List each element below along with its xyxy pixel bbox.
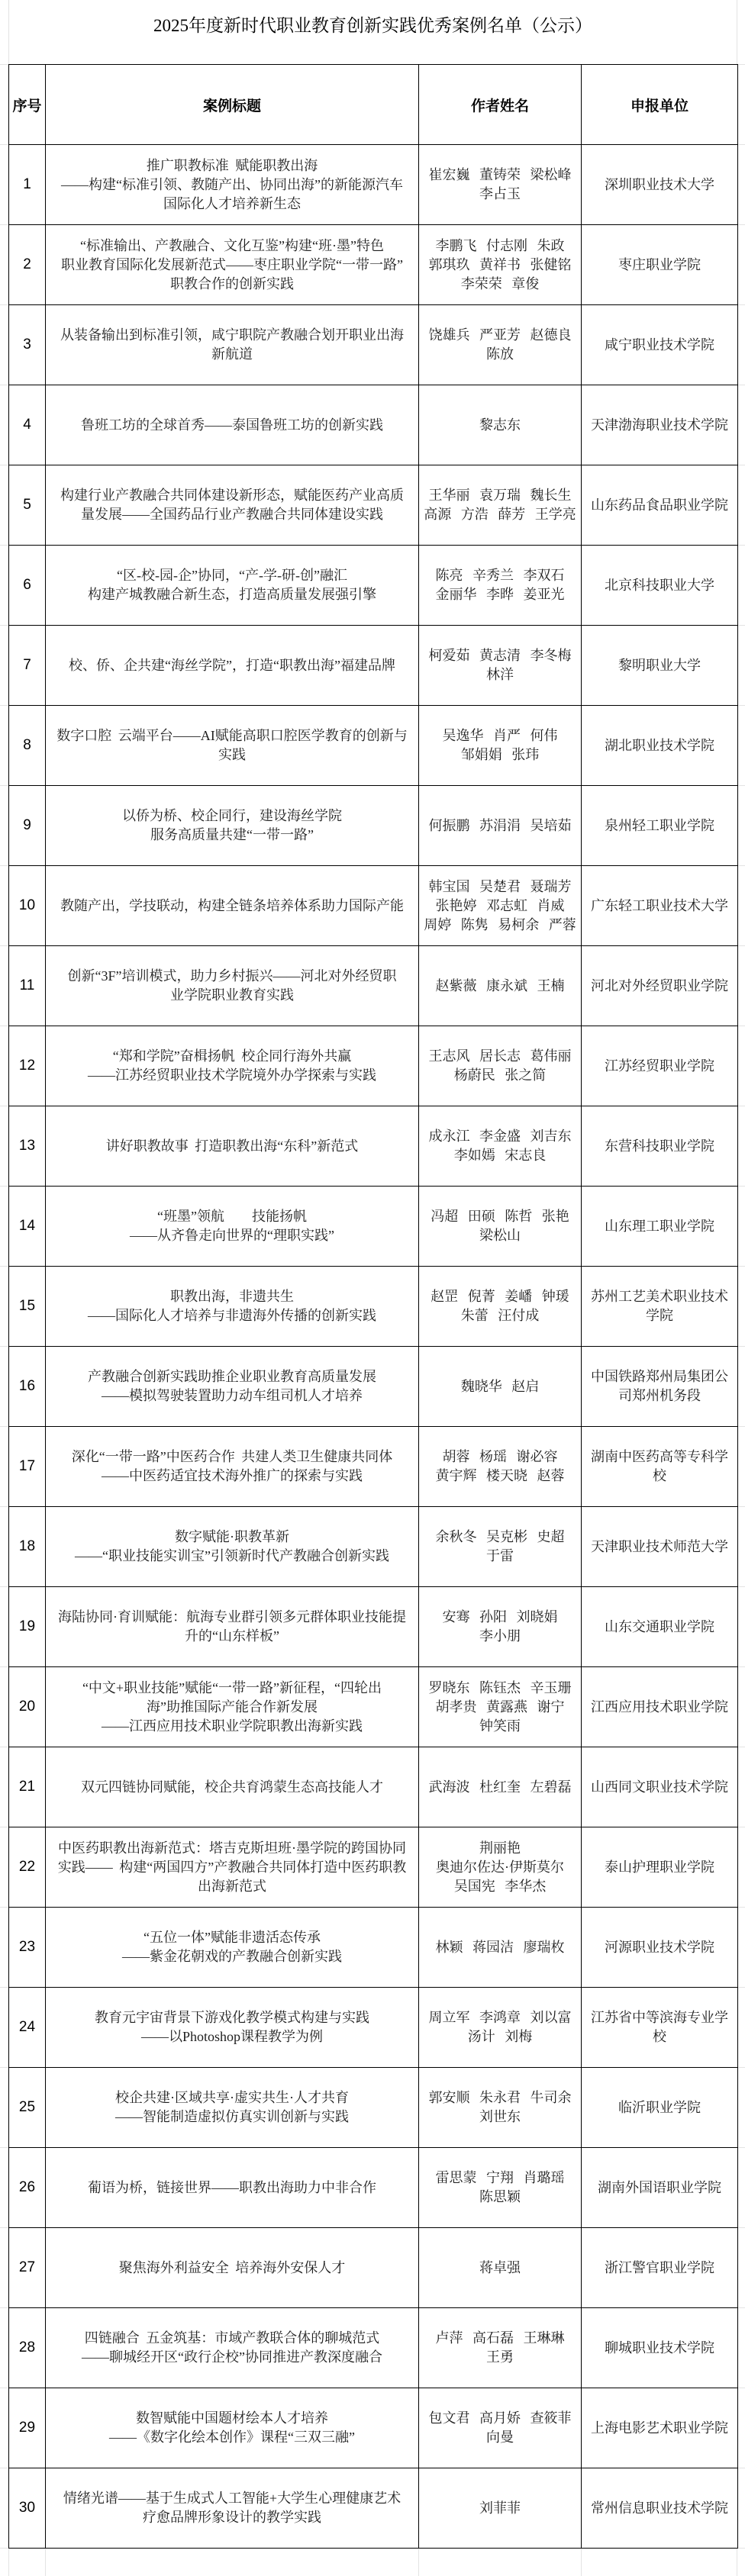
author-line: 荆丽艳 (421, 1839, 579, 1858)
authors-cell: 赵紫薇 康永斌 王楠 (419, 946, 582, 1026)
unit-cell: 山东交通职业学院 (582, 1587, 738, 1667)
unit-cell: 江苏省中等滨海专业学校 (582, 1988, 738, 2068)
case-title-line: 职教合作的创新实践 (48, 275, 416, 294)
author-line: 朱蕾 汪付成 (421, 1306, 579, 1325)
unit-line: 泰山护理职业学院 (584, 1858, 735, 1877)
table-row: 30情绪光谱——基于生成式人工智能+大学生心理健康艺术疗愈品牌形象设计的教学实践… (9, 2468, 738, 2549)
authors-cell: 韩宝国 吴楚君 聂瑞芳张艳婷 邓志虹 肖威周婷 陈隽 易柯余 严蓉 (419, 866, 582, 946)
authors-cell: 郭安顺 朱永君 牛司余刘世东 (419, 2068, 582, 2148)
table-row: 6“区-校-园-企”协同，“产-学-研-创”融汇构建产城教融合新生态，打造高质量… (9, 546, 738, 626)
author-line: 李鹏飞 付志刚 朱政 (421, 237, 579, 256)
row-number-cell: 25 (9, 2068, 46, 2148)
author-line: 陈放 (421, 345, 579, 364)
unit-cell: 山东药品食品职业学院 (582, 465, 738, 546)
table-row: 18数字赋能·职教革新——“职业技能实训宝”引领新时代产教融合创新实践余秋冬 吴… (9, 1507, 738, 1587)
author-line: 韩宝国 吴楚君 聂瑞芳 (421, 877, 579, 897)
page-title: 2025年度新时代职业教育创新实践优秀案例名单（公示） (9, 15, 737, 37)
case-title-cell: 四链融合 五金筑基：市域产教联合体的聊城范式——聊城经开区“政行企校”协同推进产… (46, 2308, 419, 2388)
case-title-cell: “郑和学院”奋楫扬帆 校企同行海外共赢——江苏经贸职业技术学院境外办学探索与实践 (46, 1026, 419, 1106)
case-title-cell: 数智赋能中国题材绘本人才培养——《数字化绘本创作》课程“三双三融” (46, 2388, 419, 2468)
unit-cell: 苏州工艺美术职业技术学院 (582, 1267, 738, 1347)
row-number: 16 (19, 1378, 35, 1394)
author-line: 陈亮 辛秀兰 李双石 (421, 566, 579, 585)
unit-line: 黎明职业大学 (584, 656, 735, 675)
case-title-cell: 构建行业产教融合共同体建设新形态，赋能医药产业高质量发展——全国药品行业产教融合… (46, 465, 419, 546)
author-line: 周婷 陈隽 易柯余 严蓉 (421, 916, 579, 935)
row-number: 3 (23, 336, 31, 353)
author-line: 邹娟娟 张玮 (421, 745, 579, 765)
author-line: 武海波 杜红奎 左碧磊 (421, 1778, 579, 1797)
unit-line: 咸宁职业技术学院 (584, 336, 735, 355)
case-title-line: 业学院职业教育实践 (48, 986, 416, 1005)
row-number: 19 (19, 1618, 35, 1634)
row-number: 8 (23, 737, 31, 753)
authors-cell: 吴逸华 肖严 何伟邹娟娟 张玮 (419, 706, 582, 786)
unit-line: 山东理工职业学院 (584, 1217, 735, 1236)
table-row: 27聚焦海外利益安全 培养海外安保人才蒋卓强浙江警官职业学院 (9, 2228, 738, 2308)
row-number: 13 (19, 1138, 35, 1154)
author-line: 刘菲菲 (421, 2499, 579, 2518)
case-title-line: ——智能制造虚拟仿真实训创新与实践 (48, 2107, 416, 2127)
case-title-line: 情绪光谱——基于生成式人工智能+大学生心理健康艺术 (48, 2489, 416, 2508)
table-row: 13讲好职教故事 打造职教出海“东科”新范式成永江 李金盛 刘吉东李如嫣 宋志良… (9, 1106, 738, 1187)
case-title-line: 深化“一带一路”中医药合作 共建人类卫生健康共同体 (48, 1447, 416, 1467)
unit-line: 天津渤海职业技术学院 (584, 416, 735, 435)
unit-line: 山东药品食品职业学院 (584, 496, 735, 515)
case-title-cell: “班墨”领航 技能扬帆——从齐鲁走向世界的“理职实践” (46, 1187, 419, 1267)
case-title-line: 国际化人才培养新生态 (48, 195, 416, 214)
author-line: 柯爱茹 黄志清 李冬梅 (421, 646, 579, 665)
case-title-line: 海陆协同·育训赋能：航海专业群引领多元群体职业技能提 (48, 1608, 416, 1627)
case-title-line: 构建行业产教融合共同体建设新形态，赋能医药产业高质 (48, 486, 416, 505)
row-number-cell: 24 (9, 1988, 46, 2068)
unit-cell: 深圳职业技术大学 (582, 145, 738, 225)
author-line: 奥迪尔佐达·伊斯莫尔 (421, 1858, 579, 1877)
row-number-cell: 11 (9, 946, 46, 1026)
row-number-cell: 6 (9, 546, 46, 626)
case-title-line: 服务高质量共建“一带一路” (48, 826, 416, 845)
authors-cell: 包文君 高月娇 查筱菲向曼 (419, 2388, 582, 2468)
case-title-cell: 职教出海，非遗共生——国际化人才培养与非遗海外传播的创新实践 (46, 1267, 419, 1347)
authors-cell: 罗晓东 陈钰杰 辛玉珊胡孝贵 黄露燕 谢宁钟笑雨 (419, 1667, 582, 1747)
case-title-line: “五位一体”赋能非遗活态传承 (48, 1928, 416, 1947)
unit-line: 天津职业技术师范大学 (584, 1538, 735, 1557)
unit-line: 深圳职业技术大学 (584, 175, 735, 195)
author-line: 汤计 刘梅 (421, 2027, 579, 2046)
case-title-line: ——构建“标准引领、教随产出、协同出海”的新能源汽车 (48, 175, 416, 195)
table-row: 26葡语为桥，链接世界——职教出海助力中非合作雷思蒙 宁翔 肖璐瑶陈思颖湖南外国… (9, 2148, 738, 2228)
unit-cell: 临沂职业学院 (582, 2068, 738, 2148)
case-title-line: ——紫金花朝戏的产教融合创新实践 (48, 1947, 416, 1966)
row-number-cell: 17 (9, 1427, 46, 1507)
author-line: 郭琪玖 黄祥书 张健铭 (421, 256, 579, 275)
row-number: 7 (23, 657, 31, 673)
unit-line: 常州信息职业技术学院 (584, 2499, 735, 2518)
author-line: 于雷 (421, 1547, 579, 1566)
author-line: 陈思颖 (421, 2188, 579, 2207)
unit-line: 校 (584, 1467, 735, 1486)
table-row: 7校、侨、企共建“海丝学院”，打造“职教出海”福建品牌柯爱茹 黄志清 李冬梅林洋… (9, 626, 738, 706)
row-number: 9 (23, 817, 31, 833)
case-title-line: 实践 (48, 745, 416, 765)
table-row: 21双元四链协同赋能，校企共育鸿蒙生态高技能人才武海波 杜红奎 左碧磊山西同文职… (9, 1747, 738, 1827)
authors-cell: 安骞 孙阳 刘晓娟李小朋 (419, 1587, 582, 1667)
row-number: 29 (19, 2420, 35, 2436)
unit-cell: 泉州轻工职业学院 (582, 786, 738, 866)
table-row: 9以侨为桥、校企同行，建设海丝学院服务高质量共建“一带一路”何振鹏 苏涓涓 吴培… (9, 786, 738, 866)
table-row: 17深化“一带一路”中医药合作 共建人类卫生健康共同体——中医药适宜技术海外推广… (9, 1427, 738, 1507)
author-line: 蒋卓强 (421, 2259, 579, 2278)
unit-line: 山东交通职业学院 (584, 1618, 735, 1637)
row-number: 25 (19, 2099, 35, 2115)
table-row: 25校企共建·区域共享·虚实共生·人才共育——智能制造虚拟仿真实训创新与实践郭安… (9, 2068, 738, 2148)
case-title-line: ——聊城经开区“政行企校”协同推进产教深度融合 (48, 2348, 416, 2367)
author-line: 林洋 (421, 665, 579, 684)
unit-cell: 湖南中医药高等专科学校 (582, 1427, 738, 1507)
table-row: 20“中文+职业技能”赋能“一带一路”新征程，“四轮出海”助推国际产能合作新发展… (9, 1667, 738, 1747)
case-title-line: “中文+职业技能”赋能“一带一路”新征程，“四轮出 (48, 1679, 416, 1698)
author-line: 包文君 高月娇 查筱菲 (421, 2409, 579, 2428)
row-number-cell: 8 (9, 706, 46, 786)
unit-line: 临沂职业学院 (584, 2098, 735, 2117)
unit-cell: 北京科技职业大学 (582, 546, 738, 626)
row-number-cell: 28 (9, 2308, 46, 2388)
unit-cell: 咸宁职业技术学院 (582, 305, 738, 385)
unit-line: 苏州工艺美术职业技术 (584, 1287, 735, 1306)
unit-cell: 枣庄职业学院 (582, 225, 738, 305)
row-number-cell: 15 (9, 1267, 46, 1347)
author-line: 张艳婷 邓志虹 肖威 (421, 897, 579, 916)
row-number: 10 (19, 897, 35, 913)
case-title-line: 从装备输出到标准引领，咸宁职院产教融合划开职业出海 (48, 326, 416, 345)
author-line: 冯超 田硕 陈哲 张艳 (421, 1207, 579, 1226)
case-title-cell: 情绪光谱——基于生成式人工智能+大学生心理健康艺术疗愈品牌形象设计的教学实践 (46, 2468, 419, 2549)
case-title-cell: “中文+职业技能”赋能“一带一路”新征程，“四轮出海”助推国际产能合作新发展——… (46, 1667, 419, 1747)
case-title-line: 葡语为桥，链接世界——职教出海助力中非合作 (48, 2178, 416, 2198)
case-title-line: 数字赋能·职教革新 (48, 1528, 416, 1547)
case-title-line: 鲁班工坊的全球首秀——泰国鲁班工坊的创新实践 (48, 416, 416, 435)
case-title-line: 海”助推国际产能合作新发展 (48, 1698, 416, 1717)
case-title-line: 教育元宇宙背景下游戏化教学模式构建与实践 (48, 2008, 416, 2027)
row-number-cell: 7 (9, 626, 46, 706)
unit-line: 学院 (584, 1306, 735, 1325)
case-title-cell: 葡语为桥，链接世界——职教出海助力中非合作 (46, 2148, 419, 2228)
author-line: 金丽华 李晔 姜亚光 (421, 585, 579, 604)
authors-cell: 柯爱茹 黄志清 李冬梅林洋 (419, 626, 582, 706)
case-title-line: ——《数字化绘本创作》课程“三双三融” (48, 2428, 416, 2447)
author-line: 钟笑雨 (421, 1717, 579, 1736)
unit-line: 聊城职业技术学院 (584, 2339, 735, 2358)
case-title-line: 量发展——全国药品行业产教融合共同体建设实践 (48, 505, 416, 524)
unit-cell: 山东理工职业学院 (582, 1187, 738, 1267)
row-number-cell: 29 (9, 2388, 46, 2468)
table-row: 22中医药职教出海新范式：塔吉克斯坦班·墨学院的跨国协同实践—— 构建“两国四方… (9, 1827, 738, 1908)
author-line: 王勇 (421, 2348, 579, 2367)
table-row: 2“标准输出、产教融合、文化互鉴”构建“班·墨”特色职业教育国际化发展新范式——… (9, 225, 738, 305)
authors-cell: 卢萍 高石磊 王琳琳王勇 (419, 2308, 582, 2388)
row-number-cell: 14 (9, 1187, 46, 1267)
header-case-title: 案例标题 (46, 65, 419, 145)
authors-cell: 林颖 蒋园洁 廖瑞枚 (419, 1908, 582, 1988)
unit-cell: 河北对外经贸职业学院 (582, 946, 738, 1026)
unit-line: 山西同文职业技术学院 (584, 1778, 735, 1797)
row-number-cell: 13 (9, 1106, 46, 1187)
unit-cell: 广东轻工职业技术大学 (582, 866, 738, 946)
unit-cell: 天津职业技术师范大学 (582, 1507, 738, 1587)
unit-line: 校 (584, 2027, 735, 2046)
author-line: 饶雄兵 严亚芳 赵德良 (421, 326, 579, 345)
case-title-cell: 鲁班工坊的全球首秀——泰国鲁班工坊的创新实践 (46, 385, 419, 465)
case-title-cell: “区-校-园-企”协同，“产-学-研-创”融汇构建产城教融合新生态，打造高质量发… (46, 546, 419, 626)
case-title-cell: 校企共建·区域共享·虚实共生·人才共育——智能制造虚拟仿真实训创新与实践 (46, 2068, 419, 2148)
author-line: 周立军 李鸿章 刘以富 (421, 2008, 579, 2027)
row-number-cell: 26 (9, 2148, 46, 2228)
table-header: 序号 案例标题 作者姓名 申报单位 (9, 65, 738, 145)
case-title-line: 数智赋能中国题材绘本人才培养 (48, 2409, 416, 2428)
author-line: 余秋冬 吴克彬 史超 (421, 1528, 579, 1547)
row-number-cell: 10 (9, 866, 46, 946)
author-line: 李占玉 (421, 185, 579, 204)
author-line: 安骞 孙阳 刘晓娟 (421, 1608, 579, 1627)
authors-cell: 赵罡 倪菁 姜嶓 钟瑗朱蕾 汪付成 (419, 1267, 582, 1347)
author-line: 李如嫣 宋志良 (421, 1146, 579, 1165)
case-title-cell: 产教融合创新实践助推企业职业教育高质量发展——模拟驾驶装置助力动车组司机人才培养 (46, 1347, 419, 1427)
unit-line: 江苏省中等滨海专业学 (584, 2008, 735, 2027)
authors-cell: 冯超 田硕 陈哲 张艳梁松山 (419, 1187, 582, 1267)
row-number-cell: 18 (9, 1507, 46, 1587)
row-number: 24 (19, 2019, 35, 2035)
author-line: 吴国宪 李华杰 (421, 1877, 579, 1896)
author-line: 王华丽 袁万瑞 魏长生 (421, 486, 579, 505)
authors-cell: 余秋冬 吴克彬 史超于雷 (419, 1507, 582, 1587)
row-number: 27 (19, 2259, 35, 2275)
unit-line: 湖南中医药高等专科学 (584, 1447, 735, 1467)
case-title-line: “郑和学院”奋楫扬帆 校企同行海外共赢 (48, 1047, 416, 1066)
authors-cell: 周立军 李鸿章 刘以富汤计 刘梅 (419, 1988, 582, 2068)
row-number: 23 (19, 1939, 35, 1955)
header-authors: 作者姓名 (419, 65, 582, 145)
authors-cell: 武海波 杜红奎 左碧磊 (419, 1747, 582, 1827)
unit-cell: 山西同文职业技术学院 (582, 1747, 738, 1827)
table-row: 16产教融合创新实践助推企业职业教育高质量发展——模拟驾驶装置助力动车组司机人才… (9, 1347, 738, 1427)
row-number: 22 (19, 1859, 35, 1875)
author-line: 吴逸华 肖严 何伟 (421, 726, 579, 745)
case-title-cell: 以侨为桥、校企同行，建设海丝学院服务高质量共建“一带一路” (46, 786, 419, 866)
row-number: 14 (19, 1218, 35, 1234)
row-number: 30 (19, 2500, 35, 2516)
case-title-line: 推广职教标准 赋能职教出海 (48, 156, 416, 175)
unit-line: 河源职业技术学院 (584, 1938, 735, 1957)
author-line: 李小朋 (421, 1627, 579, 1646)
author-line: 王志风 居长志 葛伟丽 (421, 1047, 579, 1066)
row-number: 6 (23, 577, 31, 593)
author-line: 黎志东 (421, 416, 579, 435)
table-row: 19海陆协同·育训赋能：航海专业群引领多元群体职业技能提升的“山东样板”安骞 孙… (9, 1587, 738, 1667)
row-number-cell: 3 (9, 305, 46, 385)
case-title-line: 双元四链协同赋能，校企共育鸿蒙生态高技能人才 (48, 1778, 416, 1797)
unit-line: 东营科技职业学院 (584, 1137, 735, 1156)
table-row: 12“郑和学院”奋楫扬帆 校企同行海外共赢——江苏经贸职业技术学院境外办学探索与… (9, 1026, 738, 1106)
unit-cell: 江西应用技术职业学院 (582, 1667, 738, 1747)
author-line: 向曼 (421, 2428, 579, 2447)
case-title-line: ——江苏经贸职业技术学院境外办学探索与实践 (48, 1066, 416, 1085)
table-row: 29数智赋能中国题材绘本人才培养——《数字化绘本创作》课程“三双三融”包文君 高… (9, 2388, 738, 2468)
header-number: 序号 (9, 65, 46, 145)
table-row: 15职教出海，非遗共生——国际化人才培养与非遗海外传播的创新实践赵罡 倪菁 姜嶓… (9, 1267, 738, 1347)
authors-cell: 魏晓华 赵启 (419, 1347, 582, 1427)
unit-line: 北京科技职业大学 (584, 576, 735, 595)
case-title-cell: 数字赋能·职教革新——“职业技能实训宝”引领新时代产教融合创新实践 (46, 1507, 419, 1587)
case-title-line: ——中医药适宜技术海外推广的探索与实践 (48, 1467, 416, 1486)
author-line: 郭安顺 朱永君 牛司余 (421, 2088, 579, 2107)
author-line: 卢萍 高石磊 王琳琳 (421, 2329, 579, 2348)
table-row: 14“班墨”领航 技能扬帆——从齐鲁走向世界的“理职实践”冯超 田硕 陈哲 张艳… (9, 1187, 738, 1267)
table-row: 1推广职教标准 赋能职教出海——构建“标准引领、教随产出、协同出海”的新能源汽车… (9, 145, 738, 225)
unit-cell: 常州信息职业技术学院 (582, 2468, 738, 2549)
table-row: 24教育元宇宙背景下游戏化教学模式构建与实践——以Photoshop课程教学为例… (9, 1988, 738, 2068)
authors-cell: 黎志东 (419, 385, 582, 465)
case-title-line: ——以Photoshop课程教学为例 (48, 2027, 416, 2046)
case-title-cell: 数字口腔 云端平台——AI赋能高职口腔医学教育的创新与实践 (46, 706, 419, 786)
row-number-cell: 4 (9, 385, 46, 465)
unit-line: 枣庄职业学院 (584, 256, 735, 275)
row-number: 20 (19, 1699, 35, 1715)
row-number-cell: 22 (9, 1827, 46, 1908)
case-title-line: 创新“3F”培训模式，助力乡村振兴——河北对外经贸职 (48, 967, 416, 986)
case-title-line: 中医药职教出海新范式：塔吉克斯坦班·墨学院的跨国协同 (48, 1839, 416, 1858)
row-number: 4 (23, 417, 31, 433)
author-line: 刘世东 (421, 2107, 579, 2127)
case-title-cell: 创新“3F”培训模式，助力乡村振兴——河北对外经贸职业学院职业教育实践 (46, 946, 419, 1026)
case-title-line: 疗愈品牌形象设计的教学实践 (48, 2508, 416, 2527)
authors-cell: 胡蓉 杨瑶 谢必容黄宇辉 楼天晓 赵蓉 (419, 1427, 582, 1507)
unit-cell: 泰山护理职业学院 (582, 1827, 738, 1908)
unit-line: 浙江警官职业学院 (584, 2259, 735, 2278)
case-title-line: ——江西应用技术职业学院职教出海新实践 (48, 1717, 416, 1736)
author-line: 胡孝贵 黄露燕 谢宁 (421, 1698, 579, 1717)
case-title-line: “标准输出、产教融合、文化互鉴”构建“班·墨”特色 (48, 237, 416, 256)
author-line: 黄宇辉 楼天晓 赵蓉 (421, 1467, 579, 1486)
row-number-cell: 23 (9, 1908, 46, 1988)
row-number: 1 (23, 176, 31, 192)
table-row: 23“五位一体”赋能非遗活态传承——紫金花朝戏的产教融合创新实践林颖 蒋园洁 廖… (9, 1908, 738, 1988)
case-title-line: 职业教育国际化发展新范式——枣庄职业学院“一带一路” (48, 256, 416, 275)
case-title-cell: “标准输出、产教融合、文化互鉴”构建“班·墨”特色职业教育国际化发展新范式——枣… (46, 225, 419, 305)
case-title-cell: 聚焦海外利益安全 培养海外安保人才 (46, 2228, 419, 2308)
author-line: 梁松山 (421, 1226, 579, 1245)
authors-cell: 刘菲菲 (419, 2468, 582, 2549)
unit-line: 河北对外经贸职业学院 (584, 977, 735, 996)
case-title-line: ——从齐鲁走向世界的“理职实践” (48, 1226, 416, 1245)
case-title-cell: 从装备输出到标准引领，咸宁职院产教融合划开职业出海新航道 (46, 305, 419, 385)
unit-line: 江西应用技术职业学院 (584, 1698, 735, 1717)
unit-cell: 黎明职业大学 (582, 626, 738, 706)
row-number-cell: 21 (9, 1747, 46, 1827)
unit-cell: 河源职业技术学院 (582, 1908, 738, 1988)
author-line: 赵紫薇 康永斌 王楠 (421, 977, 579, 996)
table-row: 5构建行业产教融合共同体建设新形态，赋能医药产业高质量发展——全国药品行业产教融… (9, 465, 738, 546)
unit-cell: 聊城职业技术学院 (582, 2308, 738, 2388)
row-number: 5 (23, 497, 31, 513)
case-title-cell: 讲好职教故事 打造职教出海“东科”新范式 (46, 1106, 419, 1187)
row-number: 15 (19, 1298, 35, 1314)
case-title-cell: 校、侨、企共建“海丝学院”，打造“职教出海”福建品牌 (46, 626, 419, 706)
author-line: 罗晓东 陈钰杰 辛玉珊 (421, 1679, 579, 1698)
title-cell: 2025年度新时代职业教育创新实践优秀案例名单（公示） (9, 0, 737, 64)
case-title-cell: 推广职教标准 赋能职教出海——构建“标准引领、教随产出、协同出海”的新能源汽车国… (46, 145, 419, 225)
unit-line: 江苏经贸职业学院 (584, 1057, 735, 1076)
unit-cell: 中国铁路郑州局集团公司郑州机务段 (582, 1347, 738, 1427)
case-title-line: 四链融合 五金筑基：市域产教联合体的聊城范式 (48, 2329, 416, 2348)
row-number-cell: 30 (9, 2468, 46, 2549)
case-title-line: 实践—— 构建“两国四方”产教融合共同体打造中医药职教 (48, 1858, 416, 1877)
unit-cell: 湖北职业技术学院 (582, 706, 738, 786)
author-line: 成永江 李金盛 刘吉东 (421, 1127, 579, 1146)
table-row: 11创新“3F”培训模式，助力乡村振兴——河北对外经贸职业学院职业教育实践赵紫薇… (9, 946, 738, 1026)
author-line: 魏晓华 赵启 (421, 1377, 579, 1396)
unit-line: 上海电影艺术职业学院 (584, 2419, 735, 2438)
authors-cell: 陈亮 辛秀兰 李双石金丽华 李晔 姜亚光 (419, 546, 582, 626)
author-line: 崔宏巍 董铸荣 梁松峰 (421, 166, 579, 185)
authors-cell: 成永江 李金盛 刘吉东李如嫣 宋志良 (419, 1106, 582, 1187)
row-number-cell: 12 (9, 1026, 46, 1106)
authors-cell: 何振鹏 苏涓涓 吴培茹 (419, 786, 582, 866)
case-title-line: “区-校-园-企”协同，“产-学-研-创”融汇 (48, 566, 416, 585)
unit-line: 广东轻工职业技术大学 (584, 897, 735, 916)
unit-cell: 天津渤海职业技术学院 (582, 385, 738, 465)
row-number: 11 (20, 977, 35, 993)
case-title-line: 校、侨、企共建“海丝学院”，打造“职教出海”福建品牌 (48, 656, 416, 675)
authors-cell: 崔宏巍 董铸荣 梁松峰李占玉 (419, 145, 582, 225)
unit-line: 湖北职业技术学院 (584, 736, 735, 755)
case-title-line: 构建产城教融合新生态，打造高质量发展强引擎 (48, 585, 416, 604)
row-number: 26 (19, 2179, 35, 2195)
table-row: 4鲁班工坊的全球首秀——泰国鲁班工坊的创新实践黎志东天津渤海职业技术学院 (9, 385, 738, 465)
header-row: 序号 案例标题 作者姓名 申报单位 (9, 65, 738, 145)
unit-line: 中国铁路郑州局集团公 (584, 1367, 735, 1386)
authors-cell: 王华丽 袁万瑞 魏长生高源 方浩 薛芳 王学亮 (419, 465, 582, 546)
case-title-line: 校企共建·区域共享·虚实共生·人才共育 (48, 2088, 416, 2107)
case-title-line: 职教出海，非遗共生 (48, 1287, 416, 1306)
unit-line: 泉州轻工职业学院 (584, 816, 735, 836)
row-number-cell: 20 (9, 1667, 46, 1747)
unit-cell: 东营科技职业学院 (582, 1106, 738, 1187)
unit-cell: 江苏经贸职业学院 (582, 1026, 738, 1106)
case-title-cell: 深化“一带一路”中医药合作 共建人类卫生健康共同体——中医药适宜技术海外推广的探… (46, 1427, 419, 1507)
authors-cell: 蒋卓强 (419, 2228, 582, 2308)
author-line: 胡蓉 杨瑶 谢必容 (421, 1447, 579, 1467)
case-title-line: ——模拟驾驶装置助力动车组司机人才培养 (48, 1386, 416, 1406)
authors-cell: 饶雄兵 严亚芳 赵德良陈放 (419, 305, 582, 385)
author-line: 雷思蒙 宁翔 肖璐瑶 (421, 2169, 579, 2188)
table-row: 10教随产出，学技联动，构建全链条培养体系助力国际产能韩宝国 吴楚君 聂瑞芳张艳… (9, 866, 738, 946)
table-row: 28四链融合 五金筑基：市域产教联合体的聊城范式——聊城经开区“政行企校”协同推… (9, 2308, 738, 2388)
row-number: 12 (19, 1058, 35, 1074)
case-title-line: ——国际化人才培养与非遗海外传播的创新实践 (48, 1306, 416, 1325)
author-line: 杨蔚民 张之简 (421, 1066, 579, 1085)
row-number: 2 (23, 256, 31, 272)
table-row: 8数字口腔 云端平台——AI赋能高职口腔医学教育的创新与实践吴逸华 肖严 何伟邹… (9, 706, 738, 786)
case-title-cell: 教育元宇宙背景下游戏化教学模式构建与实践——以Photoshop课程教学为例 (46, 1988, 419, 2068)
unit-cell: 浙江警官职业学院 (582, 2228, 738, 2308)
case-title-line: ——“职业技能实训宝”引领新时代产教融合创新实践 (48, 1547, 416, 1566)
unit-line: 湖南外国语职业学院 (584, 2178, 735, 2198)
case-title-line: 数字口腔 云端平台——AI赋能高职口腔医学教育的创新与 (48, 726, 416, 745)
case-title-line: “班墨”领航 技能扬帆 (48, 1207, 416, 1226)
authors-cell: 荆丽艳奥迪尔佐达·伊斯莫尔吴国宪 李华杰 (419, 1827, 582, 1908)
case-title-cell: “五位一体”赋能非遗活态传承——紫金花朝戏的产教融合创新实践 (46, 1908, 419, 1988)
case-title-line: 以侨为桥、校企同行，建设海丝学院 (48, 807, 416, 826)
